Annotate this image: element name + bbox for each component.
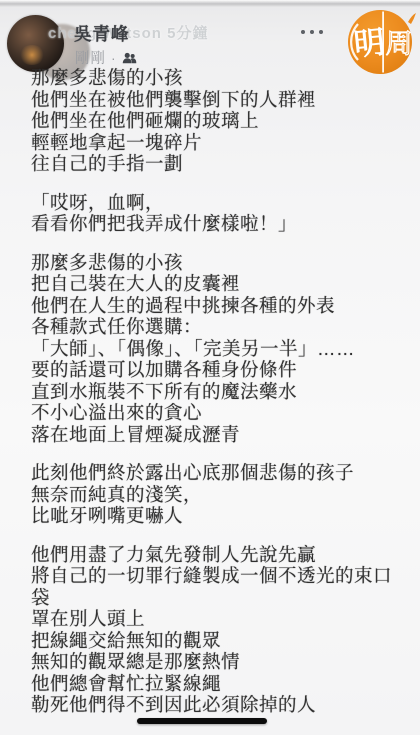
- post-line: 把自己裝在大人的皮囊裡: [31, 273, 399, 295]
- post-line: 落在地面上冒煙凝成瀝青: [31, 424, 399, 446]
- post-line: 他們用盡了力氣先發制人先說先贏: [31, 544, 399, 566]
- post-line: 他們坐在他們砸爛的玻璃上: [31, 110, 399, 132]
- post-line: 比呲牙咧嘴更嚇人: [31, 505, 399, 527]
- post-line: 那麼多悲傷的小孩: [31, 252, 399, 274]
- post-line: 各種款式任你選購：: [31, 316, 399, 338]
- logo-char-left: 明: [352, 24, 387, 63]
- post-body: 那麼多悲傷的小孩他們坐在被他們襲擊倒下的人群裡他們坐在他們砸爛的玻璃上輕輕地拿起…: [31, 67, 399, 716]
- meta-separator: ·: [111, 50, 117, 66]
- post-line: 把線繩交給無知的觀眾: [31, 630, 399, 652]
- post-line: 他們坐在被他們襲擊倒下的人群裡: [31, 89, 399, 111]
- more-options-icon: [310, 30, 314, 34]
- more-options-button[interactable]: [301, 24, 335, 40]
- author-name[interactable]: 吳青峰: [74, 21, 130, 46]
- post-line: 無知的觀眾總是那麼熱情: [31, 651, 399, 673]
- post-paragraph: 那麼多悲傷的小孩他們坐在被他們襲擊倒下的人群裡他們坐在他們砸爛的玻璃上輕輕地拿起…: [31, 67, 399, 175]
- post-line: 此刻他們終於露出心底那個悲傷的孩子: [31, 462, 399, 484]
- post-meta: 剛剛 ·: [75, 47, 137, 68]
- post-line: 直到水瓶裝不下所有的魔法藥水: [31, 381, 399, 403]
- post-paragraph: 他們用盡了力氣先發制人先說先贏將自己的一切罪行縫製成一個不透光的束口袋罩在別人頭…: [31, 544, 399, 716]
- post-line: 他們總會幫忙拉緊線繩: [31, 673, 399, 695]
- timestamp[interactable]: 剛剛: [75, 47, 106, 68]
- home-indicator[interactable]: [137, 718, 267, 724]
- post-line: 勒死他們得不到因此必須除掉的人: [31, 694, 399, 716]
- post-line: 不小心溢出來的貪心: [31, 402, 399, 424]
- post-line: 「大師」、「偶像」、「完美另一半」……: [31, 338, 399, 360]
- post-line: 將自己的一切罪行縫製成一個不透光的束口袋: [31, 565, 399, 608]
- post-line: 罩在別人頭上: [31, 608, 399, 630]
- post-line: 他們在人生的過程中挑揀各種的外表: [31, 295, 399, 317]
- post-paragraph: 那麼多悲傷的小孩把自己裝在大人的皮囊裡他們在人生的過程中挑揀各種的外表各種款式任…: [31, 252, 399, 446]
- post-line: 要的話還可以加購各種身份條件: [31, 359, 399, 381]
- post-paragraph: 「哎呀，血啊，看看你們把我弄成什麼樣啦！」: [31, 192, 399, 235]
- logo-sparkle: [408, 13, 416, 24]
- post-line: 輕輕地拿起一塊碎片: [31, 132, 399, 154]
- post-paragraph: 此刻他們終於露出心底那個悲傷的孩子無奈而純真的淺笑，比呲牙咧嘴更嚇人: [31, 462, 399, 527]
- more-options-icon: [301, 30, 305, 34]
- friends-privacy-icon: [122, 52, 137, 64]
- post-line: 「哎呀，血啊，: [31, 192, 399, 214]
- logo-char-right: 周: [386, 29, 413, 60]
- post-line: 那麼多悲傷的小孩: [31, 67, 399, 89]
- post-line: 往自己的手指一劃: [31, 153, 399, 175]
- post-line: 無奈而純真的淺笑，: [31, 484, 399, 506]
- more-options-icon: [319, 30, 323, 34]
- post-line: 看看你們把我弄成什麼樣啦！」: [31, 213, 399, 235]
